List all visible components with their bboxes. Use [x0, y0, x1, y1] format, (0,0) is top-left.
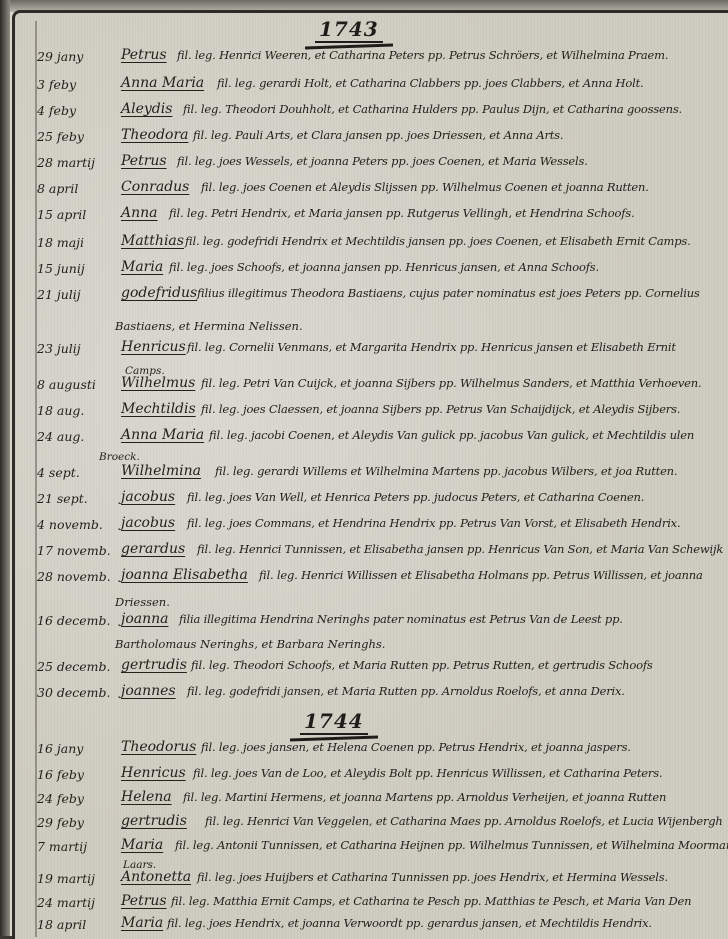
entry-text: fil. leg. Petri Van Cuijck, et joanna Si…	[201, 376, 701, 390]
entry-date: 8 april	[37, 181, 117, 196]
child-name: joannes	[121, 683, 176, 699]
entry-text: fil. leg. joes Schoofs, et joanna jansen…	[169, 260, 599, 274]
entry-date: 4 sept.	[37, 465, 117, 480]
entry-date: 28 martij	[37, 155, 117, 170]
entry-date: 18 maji	[37, 235, 117, 250]
child-name: joanna Elisabetha	[121, 567, 248, 583]
child-name: Wilhelmus	[121, 375, 195, 391]
child-name: godefridus	[121, 285, 197, 301]
child-name: Petrus	[121, 47, 167, 63]
register-entry: 15 junij Maria fil. leg. joes Schoofs, e…	[37, 259, 728, 281]
entry-text: fil. leg. joes Commans, et Hendrina Hend…	[187, 516, 680, 530]
child-name: Matthias	[121, 233, 184, 249]
register-entry: 29 feby gertrudis fil. leg. Henrici Van …	[37, 813, 728, 835]
register-entry: 18 april Maria fil. leg. joes Hendrix, e…	[37, 915, 728, 936]
register-entry: 21 sept. jacobus fil. leg. joes Van Well…	[37, 489, 728, 511]
entry-date: 15 junij	[37, 261, 117, 276]
register-entry: 8 augusti Wilhelmus fil. leg. Petri Van …	[37, 375, 728, 397]
entry-text: fil. leg. joes jansen, et Helena Coenen …	[201, 740, 631, 754]
entry-text: fil. leg. jacobi Coenen, et Aleydis Van …	[209, 428, 694, 442]
entry-date: 3 feby	[37, 77, 117, 92]
entry-text: fil. leg. Antonii Tunnissen, et Catharin…	[175, 838, 728, 852]
register-entry: 25 feby Theodora fil. leg. Pauli Arts, e…	[37, 127, 728, 149]
entry-date: 24 feby	[37, 791, 117, 806]
child-name: Theodora	[121, 127, 189, 143]
entry-text: fil. leg. godefridi Hendrix et Mechtildi…	[185, 234, 691, 248]
entry-text: fil. leg. Cornelii Venmans, et Margarita…	[187, 340, 676, 354]
child-name: Aleydis	[121, 101, 172, 117]
register-entry: 4 novemb. jacobus fil. leg. joes Commans…	[37, 515, 728, 537]
entry-text: fil. leg. gerardi Willems et Wilhelmina …	[215, 464, 677, 478]
entry-text: fil. leg. gerardi Holt, et Catharina Cla…	[217, 76, 643, 90]
entry-date: 17 novemb.	[37, 543, 117, 558]
child-name: Mechtildis	[121, 401, 196, 417]
entry-date: 29 jany	[37, 49, 117, 64]
entry-date: 24 martij	[37, 895, 117, 910]
register-entry: 16 jany Theodorus fil. leg. joes jansen,…	[37, 739, 728, 761]
register-entry: 18 aug. Mechtildis fil. leg. joes Claess…	[37, 401, 728, 423]
entry-date: 19 martij	[37, 871, 117, 886]
entry-text: fil. leg. joes Hendrix, et joanna Verwoo…	[167, 916, 652, 930]
entry-date: 16 decemb.	[37, 613, 117, 628]
entry-text: filius illegitimus Theodora Bastiaens, c…	[197, 286, 700, 300]
child-name: jacobus	[121, 489, 175, 505]
entry-text: fil. leg. Henrici Tunnissen, et Elisabet…	[197, 542, 723, 556]
entry-date: 29 feby	[37, 815, 117, 830]
child-name: gertrudis	[121, 813, 187, 829]
register-entry: 21 julij godefridus filius illegitimus T…	[37, 285, 728, 307]
entry-text: filia illegitima Hendrina Neringhs pater…	[179, 612, 623, 626]
entry-text: fil. leg. joes Claessen, et joanna Sijbe…	[201, 402, 680, 416]
child-name: Maria	[121, 259, 163, 275]
entry-text: fil. leg. joes Coenen et Aleydis Slijsse…	[201, 180, 649, 194]
entry-continuation: Broeck.	[99, 451, 140, 463]
child-name: Conradus	[121, 179, 189, 195]
register-page: 1743 29 jany Petrus fil. leg. Henrici We…	[12, 10, 728, 936]
child-name: Anna	[121, 205, 158, 221]
entry-continuation: Bartholomaus Neringhs, et Barbara Nering…	[115, 637, 385, 651]
register-entry: 3 feby Anna Maria fil. leg. gerardi Holt…	[37, 75, 728, 97]
entry-date: 8 augusti	[37, 377, 117, 392]
child-name: Maria	[121, 915, 163, 931]
entry-date: 28 novemb.	[37, 569, 117, 584]
register-entry: 16 feby Henricus fil. leg. joes Van de L…	[37, 765, 728, 787]
entry-text: fil. leg. Martini Hermens, et joanna Mar…	[183, 790, 666, 804]
entry-text: fil. leg. joes Huijbers et Catharina Tun…	[197, 870, 668, 884]
child-name: jacobus	[121, 515, 175, 531]
entry-date: 4 feby	[37, 103, 117, 118]
register-scan: 1743 29 jany Petrus fil. leg. Henrici We…	[0, 0, 728, 936]
year-heading-1744: 1744	[300, 709, 368, 735]
entry-text: fil. leg. Pauli Arts, et Clara jansen pp…	[193, 128, 563, 142]
entry-text: fil. leg. joes Van Well, et Henrica Pete…	[187, 490, 644, 504]
register-entry: 24 aug. Anna Maria fil. leg. jacobi Coen…	[37, 427, 728, 449]
child-name: Antonetta	[121, 869, 191, 885]
register-entry: 15 april Anna fil. leg. Petri Hendrix, e…	[37, 205, 728, 227]
child-name: Anna Maria	[121, 427, 204, 443]
entry-date: 16 jany	[37, 741, 117, 756]
register-entry: 8 april Conradus fil. leg. joes Coenen e…	[37, 179, 728, 201]
child-name: Henricus	[121, 765, 186, 781]
entry-date: 21 julij	[37, 287, 117, 302]
register-entry: 29 jany Petrus fil. leg. Henrici Weeren,…	[37, 47, 728, 69]
entry-date: 18 aug.	[37, 403, 117, 418]
register-entry: 28 martij Petrus fil. leg. joes Wessels,…	[37, 153, 728, 175]
entry-text: fil. leg. joes Wessels, et joanna Peters…	[177, 154, 588, 168]
child-name: Helena	[121, 789, 172, 805]
entry-date: 25 decemb.	[37, 659, 117, 674]
entry-text: fil. leg. Theodori Douhholt, et Catharin…	[183, 102, 682, 116]
entry-date: 7 martij	[37, 839, 117, 854]
child-name: Henricus	[121, 339, 186, 355]
child-name: Theodorus	[121, 739, 196, 755]
entry-date: 15 april	[37, 207, 117, 222]
register-entry: 19 martij Antonetta fil. leg. joes Huijb…	[37, 869, 728, 891]
register-entry: 17 novemb. gerardus fil. leg. Henrici Tu…	[37, 541, 728, 563]
entry-text: fil. leg. Henrici Willissen et Elisabeth…	[259, 568, 703, 582]
entry-continuation: Driessen.	[115, 595, 170, 609]
register-entry: 18 maji Matthias fil. leg. godefridi Hen…	[37, 233, 728, 255]
year-heading-1743: 1743	[315, 17, 383, 43]
entry-date: 21 sept.	[37, 491, 117, 506]
child-name: Petrus	[121, 153, 167, 169]
entry-date: 30 decemb.	[37, 685, 117, 700]
register-entry: 7 martij Maria fil. leg. Antonii Tunniss…	[37, 837, 728, 859]
child-name: Wilhelmina	[121, 463, 201, 479]
entry-date: 4 novemb.	[37, 517, 117, 532]
entry-date: 23 julij	[37, 341, 117, 356]
register-entry: 16 decemb. joanna filia illegitima Hendr…	[37, 611, 728, 633]
entry-text: fil. leg. Matthia Ernit Camps, et Cathar…	[171, 894, 691, 908]
register-entry: 23 julij Henricus fil. leg. Cornelii Ven…	[37, 339, 728, 361]
entry-text: fil. leg. joes Van de Loo, et Aleydis Bo…	[193, 766, 662, 780]
child-name: Petrus	[121, 893, 167, 909]
entry-text: fil. leg. Theodori Schoofs, et Maria Rut…	[191, 658, 653, 672]
entry-text: fil. leg. godefridi jansen, et Maria Rut…	[187, 684, 625, 698]
entry-date: 16 feby	[37, 767, 117, 782]
register-entry: 24 feby Helena fil. leg. Martini Hermens…	[37, 789, 728, 811]
child-name: gerardus	[121, 541, 185, 557]
register-entry: 4 sept. Wilhelmina fil. leg. gerardi Wil…	[37, 463, 728, 485]
child-name: joanna	[121, 611, 169, 627]
entry-text: fil. leg. Henrici Van Veggelen, et Catha…	[205, 814, 723, 828]
child-name: Anna Maria	[121, 75, 204, 91]
entry-date: 25 feby	[37, 129, 117, 144]
entry-text: fil. leg. Petri Hendrix, et Maria jansen…	[169, 206, 634, 220]
register-entry: 25 decemb. gertrudis fil. leg. Theodori …	[37, 657, 728, 679]
child-name: gertrudis	[121, 657, 187, 673]
register-entry: 28 novemb. joanna Elisabetha fil. leg. H…	[37, 567, 728, 589]
entry-continuation: Bastiaens, et Hermina Nelissen.	[115, 319, 303, 333]
entry-date: 18 april	[37, 917, 117, 932]
entry-text: fil. leg. Henrici Weeren, et Catharina P…	[177, 48, 668, 62]
register-entry: 30 decemb. joannes fil. leg. godefridi j…	[37, 683, 728, 705]
book-spine	[0, 0, 10, 936]
child-name: Maria	[121, 837, 163, 853]
register-entry: 24 martij Petrus fil. leg. Matthia Ernit…	[37, 893, 728, 915]
entry-date: 24 aug.	[37, 429, 117, 444]
register-entry: 4 feby Aleydis fil. leg. Theodori Douhho…	[37, 101, 728, 123]
